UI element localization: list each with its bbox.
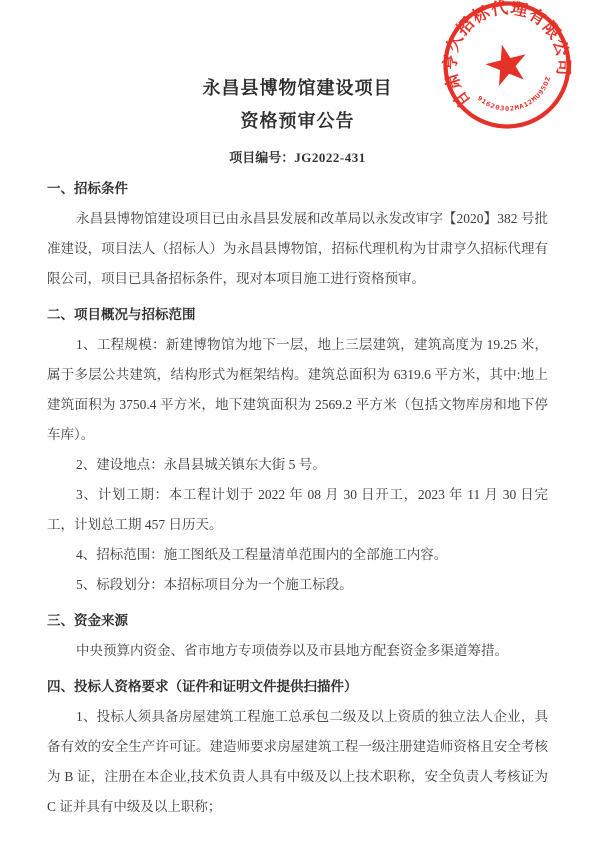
paragraph: 4、招标范围：施工图纸及工程量清单范围内的全部施工内容。 [47, 540, 548, 570]
section-heading: 一、招标条件 [47, 174, 548, 204]
paragraph: 中央预算内资金、省市地方专项债券以及市县地方配套资金多渠道筹措。 [47, 636, 548, 666]
paragraph: 1、投标人须具备房屋建筑工程施工总承包二级及以上资质的独立法人企业，具备有效的安… [47, 702, 548, 822]
paragraph: 3、计划工期：本工程计划于 2022 年 08 月 30 日开工，2023 年 … [47, 480, 548, 540]
paragraph: 1、工程规模：新建博物馆为地下一层，地上三层建筑，建筑高度为 19.25 米，属… [47, 330, 548, 450]
document-body: 一、招标条件永昌县博物馆建设项目已由永昌县发展和改革局以永发改审字【2020】3… [47, 174, 548, 822]
section-heading: 二、项目概况与招标范围 [47, 300, 548, 330]
section-heading: 三、资金来源 [47, 606, 548, 636]
paragraph: 5、标段划分：本招标项目分为一个施工标段。 [47, 570, 548, 600]
section-1: 一、招标条件永昌县博物馆建设项目已由永昌县发展和改革局以永发改审字【2020】3… [47, 174, 548, 294]
project-number-value: JG2022-431 [294, 150, 365, 165]
document-page: 甘肃亨久招标代理有限公司 ★ 91620302MA12MU95OZ 永昌县博物馆… [0, 0, 595, 841]
paragraph: 2、建设地点：永昌县城关镇东大街 5 号。 [47, 450, 548, 480]
doc-title-line1: 永昌县博物馆建设项目 [47, 72, 548, 105]
doc-title-line2: 资格预审公告 [47, 105, 548, 138]
section-heading: 四、投标人资格要求（证件和证明文件提供扫描件） [47, 672, 548, 702]
project-number-line: 项目编号：JG2022-431 [47, 148, 548, 168]
section-4: 四、投标人资格要求（证件和证明文件提供扫描件）1、投标人须具备房屋建筑工程施工总… [47, 672, 548, 822]
paragraph: 永昌县博物馆建设项目已由永昌县发展和改革局以永发改审字【2020】382 号批准… [47, 204, 548, 294]
section-3: 三、资金来源中央预算内资金、省市地方专项债券以及市县地方配套资金多渠道筹措。 [47, 606, 548, 666]
section-2: 二、项目概况与招标范围1、工程规模：新建博物馆为地下一层，地上三层建筑，建筑高度… [47, 300, 548, 600]
document-content: 永昌县博物馆建设项目 资格预审公告 项目编号：JG2022-431 一、招标条件… [0, 0, 595, 822]
document-header: 永昌县博物馆建设项目 资格预审公告 项目编号：JG2022-431 [47, 0, 548, 168]
project-number-label: 项目编号： [229, 150, 294, 165]
